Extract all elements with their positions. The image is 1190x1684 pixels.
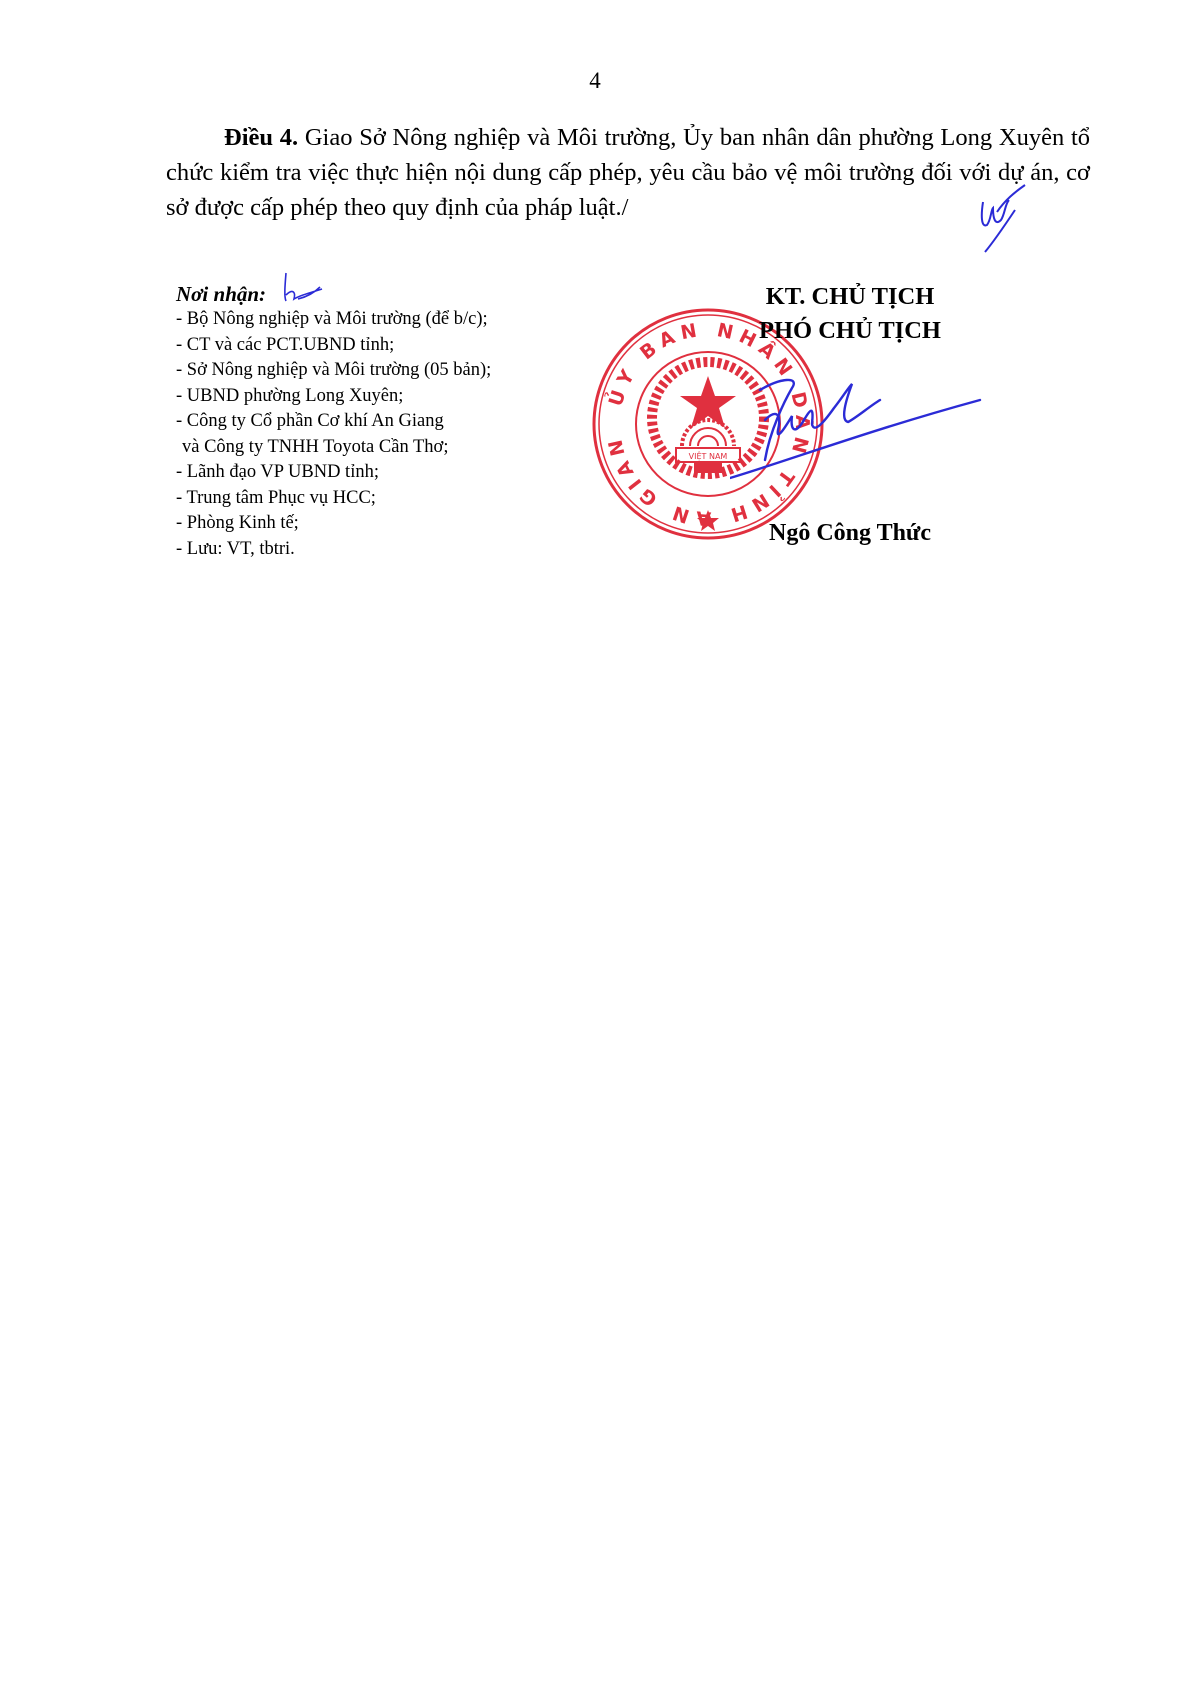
- signer-name: Ngô Công Thức: [700, 520, 1000, 547]
- recipient-item-continuation: và Công ty TNHH Toyota Cần Thơ;: [176, 435, 596, 461]
- recipient-item: - Công ty Cổ phần Cơ khí An Giang: [176, 409, 596, 435]
- recipient-item: - UBND phường Long Xuyên;: [176, 384, 596, 410]
- recipient-item: - Trung tâm Phục vụ HCC;: [176, 486, 596, 512]
- recipient-item: - Sở Nông nghiệp và Môi trường (05 bản);: [176, 358, 596, 384]
- recipient-item: - Lãnh đạo VP UBND tỉnh;: [176, 460, 596, 486]
- article-text: Giao Sở Nông nghiệp và Môi trường, Ủy ba…: [166, 124, 1090, 221]
- signature-icon: [730, 370, 1000, 490]
- handwritten-initial-icon: [975, 180, 1035, 255]
- signer-title: PHÓ CHỦ TỊCH: [700, 314, 1000, 348]
- handwritten-initial-icon: [280, 271, 328, 305]
- article-lead: Điều 4.: [224, 124, 298, 151]
- recipients-block: Nơi nhận: - Bộ Nông nghiệp và Môi trường…: [176, 281, 596, 562]
- recipients-heading: Nơi nhận:: [176, 281, 596, 307]
- article-paragraph: Điều 4. Giao Sở Nông nghiệp và Môi trườn…: [166, 120, 1090, 225]
- recipients-list: - Bộ Nông nghiệp và Môi trường (để b/c);…: [176, 307, 596, 562]
- article-4: Điều 4. Giao Sở Nông nghiệp và Môi trườn…: [166, 120, 1090, 225]
- recipient-item: - Phòng Kinh tế;: [176, 511, 596, 537]
- signer-block: KT. CHỦ TỊCH PHÓ CHỦ TỊCH Ngô Công Thức: [700, 280, 1000, 348]
- emblem-label: VIỆT NAM: [689, 450, 728, 462]
- recipient-item: - CT và các PCT.UBND tỉnh;: [176, 333, 596, 359]
- recipient-item: - Lưu: VT, tbtri.: [176, 537, 596, 563]
- recipient-item: - Bộ Nông nghiệp và Môi trường (để b/c);: [176, 307, 596, 333]
- page-number: 4: [0, 68, 1190, 94]
- recipients-heading-text: Nơi nhận:: [176, 282, 266, 306]
- signer-authority: KT. CHỦ TỊCH: [700, 280, 1000, 314]
